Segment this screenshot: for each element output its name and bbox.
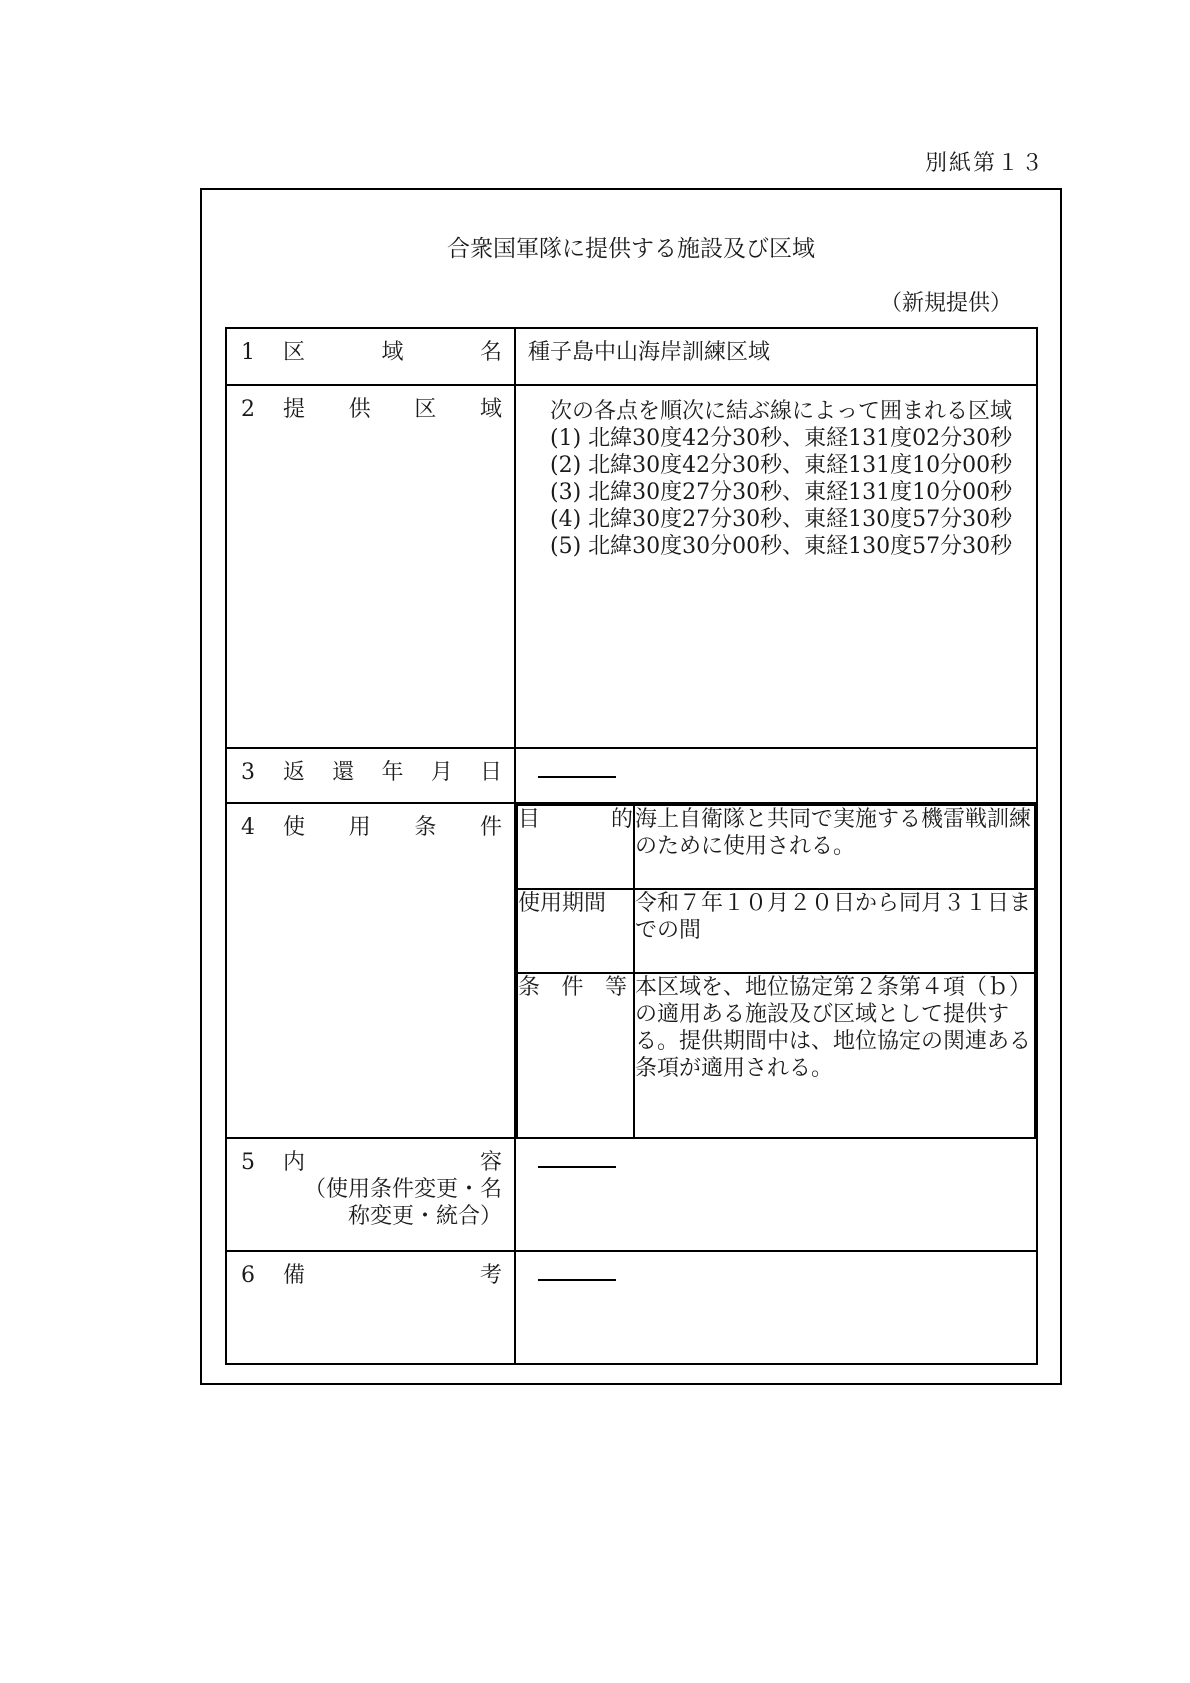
purpose-value: 海上自衛隊と共同で実施する機雷戦訓練のために使用される。 [634,805,1035,889]
usage-conditions-subtable: 目 的 海上自衛隊と共同で実施する機雷戦訓練のために使用される。 使用期間 令和… [516,804,1036,1137]
label-char: 使 [283,814,305,841]
value-cell [515,748,1037,803]
row-label: 返 還 年 月 日 [283,759,502,802]
label-char: 還 [332,759,354,802]
empty-value-dash [538,1279,616,1281]
label-char: 的 [611,806,633,833]
label-char: 等 [605,974,627,1001]
row-number: 3 [241,759,283,802]
period-label: 使用期間 [517,889,634,973]
label-char: 名 [480,339,502,384]
empty-value-dash [538,1166,616,1168]
row-label: 区 域 名 [283,339,502,384]
label-char: 目 [518,806,540,833]
subrow-purpose: 目 的 海上自衛隊と共同で実施する機雷戦訓練のために使用される。 [517,805,1035,889]
row-number: 5 [241,1149,283,1176]
label-char: 域 [381,339,403,384]
coordinate-point-3: (3) 北緯30度27分30秒、東経131度10分00秒 [528,479,1024,506]
label-cell: 2 提 供 区 域 [226,385,515,748]
facility-table: 1 区 域 名 種子島中山海岸訓練区域 2 提 供 区 域 [225,327,1038,1365]
label-char: 供 [349,396,371,747]
table-row-content: 5 内 容 （使用条件変更・名称変更・統合） [226,1138,1037,1251]
table-row-provision-area: 2 提 供 区 域 次の各点を順次に結ぶ線によって囲まれる区域 (1) 北緯30… [226,385,1037,748]
value-cell [515,1251,1037,1364]
purpose-label: 目 的 [518,806,633,833]
sub-label-cell: 目 的 [517,805,634,889]
provision-area-intro: 次の各点を順次に結ぶ線によって囲まれる区域 [528,398,1024,425]
label-char: 区 [283,339,305,384]
coordinate-point-5: (5) 北緯30度30分00秒、東経130度57分30秒 [528,533,1024,560]
table-row-usage-conditions: 4 使 用 条 件 目 的 海上自衛隊と共同で [226,803,1037,1138]
label-char: 提 [283,396,305,747]
row-label: 提 供 区 域 [283,396,502,747]
row-number: 1 [241,339,283,384]
conditions-value: 本区域を、地位協定第２条第４項（ｂ）の適用ある施設及び区域として提供する。提供期… [634,973,1035,1137]
label-char: 返 [283,759,305,802]
coordinate-point-2: (2) 北緯30度42分30秒、東経131度10分00秒 [528,452,1024,479]
label-char: 月 [431,759,453,802]
value-cell: 種子島中山海岸訓練区域 [515,328,1037,385]
usage-conditions-cell: 目 的 海上自衛隊と共同で実施する機雷戦訓練のために使用される。 使用期間 令和… [515,803,1037,1138]
label-char: 用 [349,814,371,841]
document-title: 合衆国軍隊に提供する施設及び区域 [0,230,1190,263]
label-cell: 3 返 還 年 月 日 [226,748,515,803]
label-char: 区 [414,396,436,747]
label-char: 備 [283,1262,305,1363]
table-row-area-name: 1 区 域 名 種子島中山海岸訓練区域 [226,328,1037,385]
row-number: 6 [241,1262,283,1363]
coordinate-point-4: (4) 北緯30度27分30秒、東経130度57分30秒 [528,506,1024,533]
label-char: 域 [480,396,502,747]
period-value: 令和７年１０月２０日から同月３１日までの間 [634,889,1035,973]
content-label-note: （使用条件変更・名称変更・統合） [241,1176,502,1230]
label-char: 条 [414,814,436,841]
label-char: 内 [283,1149,305,1176]
attachment-number: 別紙第１３ [925,146,1045,177]
row-label: 内 容 [283,1149,502,1176]
label-char: 件 [561,974,583,1001]
row-number: 2 [241,396,283,747]
label-cell: 5 内 容 （使用条件変更・名称変更・統合） [226,1138,515,1251]
label-char: 件 [480,814,502,841]
empty-value-dash [538,776,616,778]
row-number: 4 [241,814,283,841]
coordinate-point-1: (1) 北緯30度42分30秒、東経131度02分30秒 [528,425,1024,452]
label-char: 条 [518,974,540,1001]
subrow-conditions: 条 件 等 本区域を、地位協定第２条第４項（ｂ）の適用ある施設及び区域として提供… [517,973,1035,1137]
conditions-label: 条 件 等 [518,974,633,1001]
area-name-value: 種子島中山海岸訓練区域 [516,329,1036,376]
label-char: 容 [480,1149,502,1176]
table-row-return-date: 3 返 還 年 月 日 [226,748,1037,803]
sub-label-cell: 条 件 等 [517,973,634,1137]
label-char: 年 [381,759,403,802]
document-subtitle: （新規提供） [880,286,1012,317]
row-label: 使 用 条 件 [283,814,502,841]
row-label: 備 考 [283,1262,502,1363]
label-char: 日 [480,759,502,802]
table-row-remarks: 6 備 考 [226,1251,1037,1364]
label-cell: 6 備 考 [226,1251,515,1364]
value-cell: 次の各点を順次に結ぶ線によって囲まれる区域 (1) 北緯30度42分30秒、東経… [515,385,1037,748]
label-cell: 1 区 域 名 [226,328,515,385]
label-char: 考 [480,1262,502,1363]
subrow-period: 使用期間 令和７年１０月２０日から同月３１日までの間 [517,889,1035,973]
label-cell: 4 使 用 条 件 [226,803,515,1138]
value-cell [515,1138,1037,1251]
